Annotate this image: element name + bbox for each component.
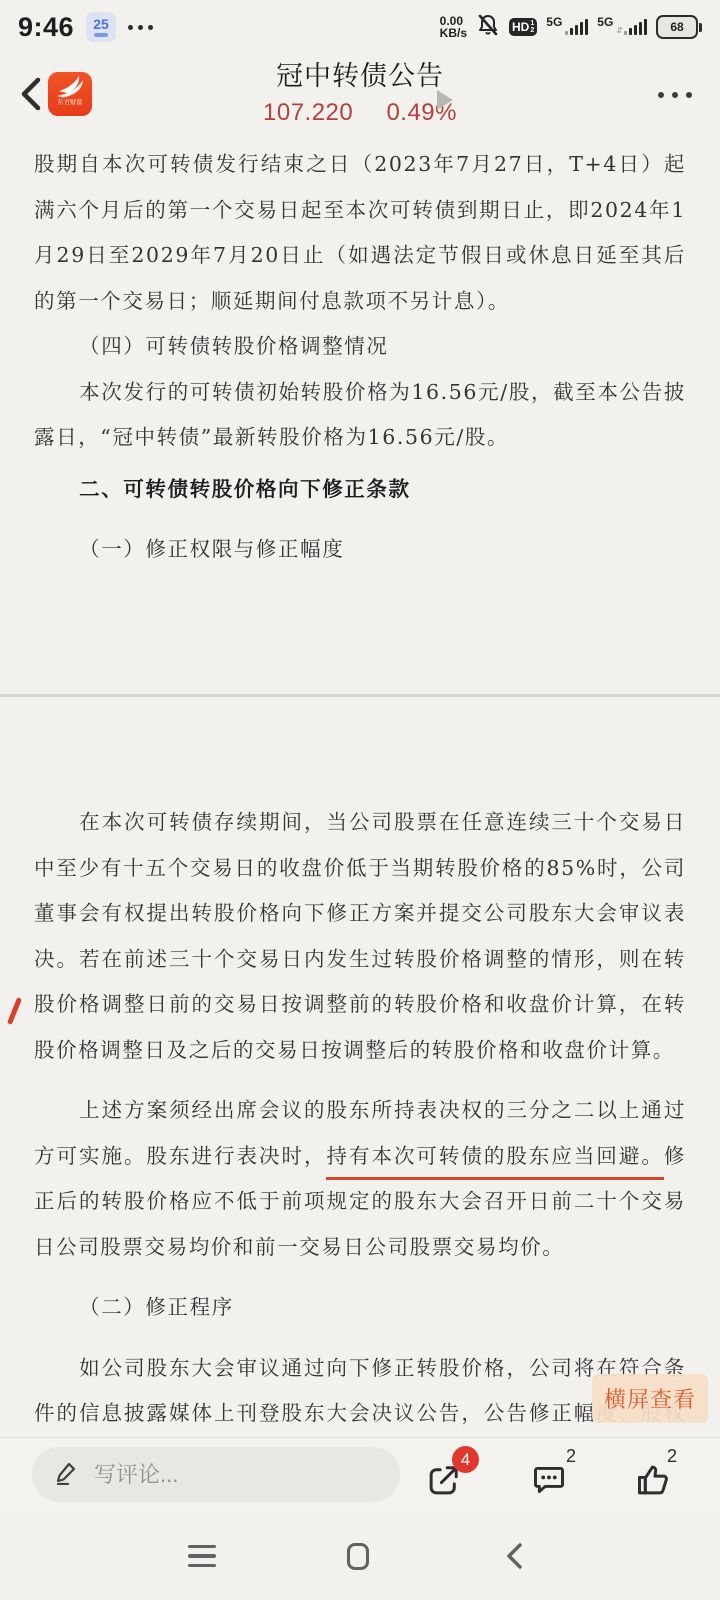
comment-text-field[interactable] [92, 1461, 346, 1489]
recents-button[interactable] [182, 1538, 222, 1574]
quote-row: 107.220 0.49% [140, 99, 580, 127]
comment-input[interactable] [32, 1447, 400, 1502]
more-notifications-icon [128, 25, 153, 30]
doc-paragraph: （二）修正程序 [34, 1285, 686, 1331]
back-button[interactable] [14, 72, 48, 116]
comment-count: 2 [566, 1446, 576, 1467]
hd-voice-icon: HD 12 [509, 18, 537, 36]
bond-price: 107.220 [263, 99, 353, 126]
network-speed: 0.00 KB/s [440, 15, 467, 39]
net-speed-unit: KB/s [440, 27, 467, 39]
doc-paragraph: 在本次可转债存续期间，当公司股票在任意连续三十个交易日中至少有十五个交易日的收盘… [34, 800, 686, 1073]
play-audio-button[interactable] [437, 90, 453, 110]
battery-level: 68 [656, 15, 698, 39]
signal-sim1: 5G [546, 19, 588, 35]
app-screen: 9:46 25 0.00 KB/s HD 12 5G [0, 0, 720, 1600]
eastmoney-app-logo[interactable]: 东方财富 [48, 72, 92, 116]
home-icon [347, 1543, 369, 1570]
android-back-button[interactable] [494, 1538, 534, 1574]
doc-paragraph: 如公司股东大会审议通过向下修正转股价格，公司将在符合条件的信息披露媒体上刊登股东… [34, 1346, 686, 1438]
red-underlined-text: 持有本次可转债的股东应当回避。 [326, 1144, 663, 1180]
document-page-2: 在本次可转债存续期间，当公司股票在任意连续三十个交易日中至少有十五个交易日的收盘… [0, 700, 720, 1437]
status-bar: 9:46 25 0.00 KB/s HD 12 5G [0, 0, 720, 50]
like-button[interactable] [635, 1462, 671, 1498]
app-logo-label: 东方财富 [57, 99, 82, 106]
more-menu-button[interactable] [658, 92, 692, 98]
battery-indicator: 68 [656, 15, 702, 39]
document-page-1: 股期自本次可转债发行结束之日（2023年7月27日，T+4日）起满六个月后的第一… [0, 136, 720, 697]
calendar-day: 25 [93, 17, 109, 31]
comment-toolbar: 4 2 2 [0, 1437, 720, 1513]
android-nav-bar [0, 1512, 720, 1600]
landscape-view-button[interactable]: 横屏查看 [592, 1374, 708, 1423]
comments-button[interactable] [531, 1462, 567, 1498]
like-count: 2 [667, 1446, 677, 1467]
recents-icon [188, 1545, 216, 1568]
home-button[interactable] [338, 1538, 378, 1574]
doc-paragraph: 上述方案须经出席会议的股东所持表决权的三分之二以上通过方可实施。股东进行表决时，… [34, 1088, 686, 1270]
doc-section-heading: 二、可转债转股价格向下修正条款 [34, 467, 686, 513]
doc-paragraph: （一）修正权限与修正幅度 [34, 527, 686, 573]
calendar-notification-icon: 25 [86, 12, 116, 42]
signal-sim2: 5G ⇵ [597, 19, 647, 35]
header: 东方财富 冠中转债公告 107.220 0.49% [0, 50, 720, 136]
page-title: 冠中转债公告 [140, 54, 580, 93]
doc-paragraph: 股期自本次可转债发行结束之日（2023年7月27日，T+4日）起满六个月后的第一… [34, 142, 686, 324]
pencil-icon [54, 1459, 80, 1490]
share-badge: 4 [452, 1446, 479, 1473]
bell-slash-icon [476, 13, 500, 42]
doc-paragraph: 本次发行的可转债初始转股价格为16.56元/股，截至本公告披露日，“冠中转债”最… [34, 370, 686, 461]
clock: 9:46 [18, 12, 74, 43]
doc-paragraph: （四）可转债转股价格调整情况 [34, 324, 686, 370]
